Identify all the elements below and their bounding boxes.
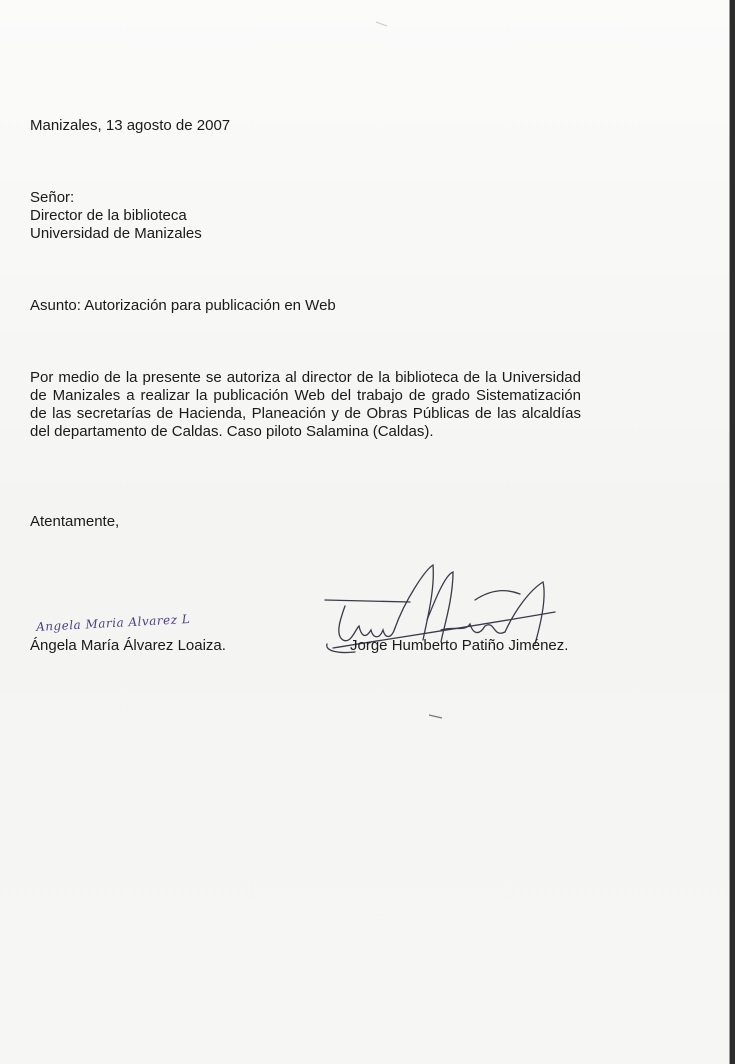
scan-speck-icon [375,20,389,28]
closing: Atentamente, [30,513,119,531]
subject-line: Asunto: Autorización para publicación en… [30,297,336,315]
scan-speck-icon [428,712,444,720]
signatory-name-right: Jorge Humberto Patiño Jiménez. [350,637,568,655]
handwritten-signature-left: Angela Maria Alvarez L [36,612,191,634]
scanned-page: Manizales, 13 agosto de 2007 Señor: Dire… [0,0,730,1064]
recipient-institution: Universidad de Manizales [30,225,202,243]
scan-edge-border [730,0,735,1064]
letter-body: Por medio de la presente se autoriza al … [30,369,581,441]
signatory-name-left: Ángela María Álvarez Loaiza. [30,637,226,655]
recipient-title: Director de la biblioteca [30,207,202,225]
recipient-block: Señor: Director de la biblioteca Univers… [30,189,202,243]
date-line: Manizales, 13 agosto de 2007 [30,117,230,135]
recipient-salutation: Señor: [30,189,202,207]
